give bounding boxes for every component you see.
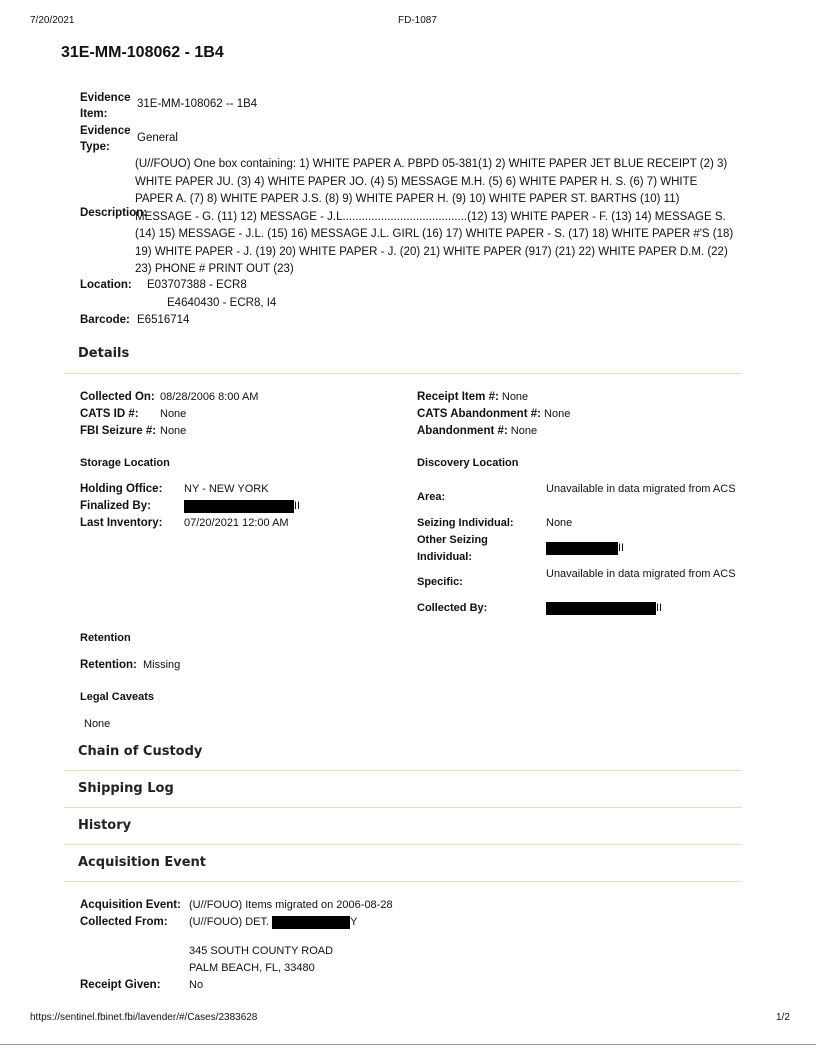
- other-seizing-suffix: II: [618, 542, 624, 554]
- specific-value: Unavailable in data migrated from ACS: [539, 566, 739, 583]
- collected-from-prefix: (U//FOUO) DET.: [189, 916, 269, 928]
- collected-by-value: II: [546, 600, 662, 617]
- storage-location-heading: Storage Location: [80, 457, 170, 469]
- location-value-2: E4640430 - ECR8, I4: [167, 297, 276, 309]
- description-value: (U//FOUO) One box containing: 1) WHITE P…: [135, 156, 735, 279]
- redaction-bar: [546, 542, 618, 555]
- acquisition-event-value: (U//FOUO) Items migrated on 2006-08-28: [189, 899, 393, 911]
- holding-office-value: NY - NEW YORK: [184, 483, 269, 495]
- receipt-given-value: No: [189, 979, 203, 991]
- divider: [64, 770, 742, 771]
- other-seizing-label: Other Seizing Individual:: [417, 532, 527, 566]
- collected-from-suffix: Y: [350, 916, 357, 928]
- retention-row: Retention: Missing: [80, 657, 180, 674]
- page-number: 1/2: [776, 1012, 790, 1023]
- page-title: 31E-MM-108062 - 1B4: [61, 44, 224, 62]
- last-inventory-label: Last Inventory:: [80, 515, 184, 532]
- evidence-item-value: 31E-MM-108062 -- 1B4: [137, 98, 257, 110]
- location-label: Location:: [80, 279, 132, 291]
- fbi-seizure-value: None: [160, 425, 186, 437]
- evidence-item-label: Evidence Item:: [80, 90, 136, 122]
- acquisition-event-block: Acquisition Event:(U//FOUO) Items migrat…: [80, 897, 580, 994]
- receipt-given-label: Receipt Given:: [80, 977, 189, 994]
- section-history[interactable]: History: [78, 818, 742, 833]
- evidence-type-label: Evidence Type:: [80, 123, 136, 155]
- divider: [64, 807, 742, 808]
- location-value-1: E03707388 - ECR8: [147, 279, 247, 291]
- storage-location: Holding Office:NY - NEW YORK Finalized B…: [80, 481, 410, 532]
- footer-divider: [0, 1044, 816, 1045]
- legal-caveats-value: None: [84, 716, 110, 733]
- collected-on-value: 08/28/2006 8:00 AM: [160, 391, 258, 403]
- collected-by-suffix: II: [656, 602, 662, 614]
- abandonment-value: None: [511, 425, 537, 437]
- divider: [64, 373, 742, 374]
- print-date: 7/20/2021: [30, 15, 75, 26]
- discovery-location-heading: Discovery Location: [417, 457, 518, 469]
- abandonment-label: Abandonment #:: [417, 425, 508, 437]
- finalized-by-suffix: II: [294, 500, 300, 512]
- seizing-individual-label: Seizing Individual:: [417, 515, 514, 532]
- cats-abandonment-value: None: [544, 408, 570, 420]
- acquisition-event-label: Acquisition Event:: [80, 897, 189, 914]
- receipt-item-value: None: [502, 391, 528, 403]
- holding-office-label: Holding Office:: [80, 481, 184, 498]
- form-number: FD-1087: [398, 15, 437, 26]
- cats-id-value: None: [160, 408, 186, 420]
- section-shipping-log[interactable]: Shipping Log: [78, 781, 742, 796]
- seizing-individual-value: None: [546, 515, 572, 532]
- collected-from-label: Collected From:: [80, 914, 189, 931]
- redaction-bar: [272, 916, 350, 929]
- cats-abandonment-label: CATS Abandonment #:: [417, 408, 541, 420]
- area-value: Unavailable in data migrated from ACS: [539, 481, 739, 498]
- divider: [64, 881, 742, 882]
- retention-label: Retention:: [80, 659, 137, 671]
- last-inventory-value: 07/20/2021 12:00 AM: [184, 517, 289, 529]
- barcode-label: Barcode:: [80, 314, 130, 326]
- evidence-type-value: General: [137, 132, 178, 144]
- section-chain-of-custody[interactable]: Chain of Custody: [78, 744, 742, 759]
- retention-value: Missing: [143, 659, 180, 671]
- section-details[interactable]: Details: [78, 346, 742, 361]
- other-seizing-value: II: [546, 540, 624, 557]
- area-label: Area:: [417, 489, 445, 506]
- redaction-bar: [546, 602, 656, 615]
- section-acquisition-event[interactable]: Acquisition Event: [78, 855, 742, 870]
- retention-heading: Retention: [80, 632, 131, 644]
- redaction-bar: [184, 500, 294, 513]
- fbi-seizure-label: FBI Seizure #:: [80, 423, 160, 440]
- collected-by-label: Collected By:: [417, 600, 487, 617]
- page-url: https://sentinel.fbinet.fbi/lavender/#/C…: [30, 1012, 257, 1023]
- details-right: Receipt Item #: None CATS Abandonment #:…: [417, 389, 747, 440]
- divider: [64, 844, 742, 845]
- legal-caveats-heading: Legal Caveats: [80, 691, 154, 703]
- collected-on-label: Collected On:: [80, 389, 160, 406]
- address-line-1: 345 SOUTH COUNTY ROAD: [80, 943, 580, 960]
- cats-id-label: CATS ID #:: [80, 406, 160, 423]
- specific-label: Specific:: [417, 574, 463, 591]
- barcode-value: E6516714: [137, 314, 189, 326]
- receipt-item-label: Receipt Item #:: [417, 391, 499, 403]
- finalized-by-label: Finalized By:: [80, 498, 184, 515]
- details-left: Collected On:08/28/2006 8:00 AM CATS ID …: [80, 389, 410, 440]
- address-line-2: PALM BEACH, FL, 33480: [80, 960, 580, 977]
